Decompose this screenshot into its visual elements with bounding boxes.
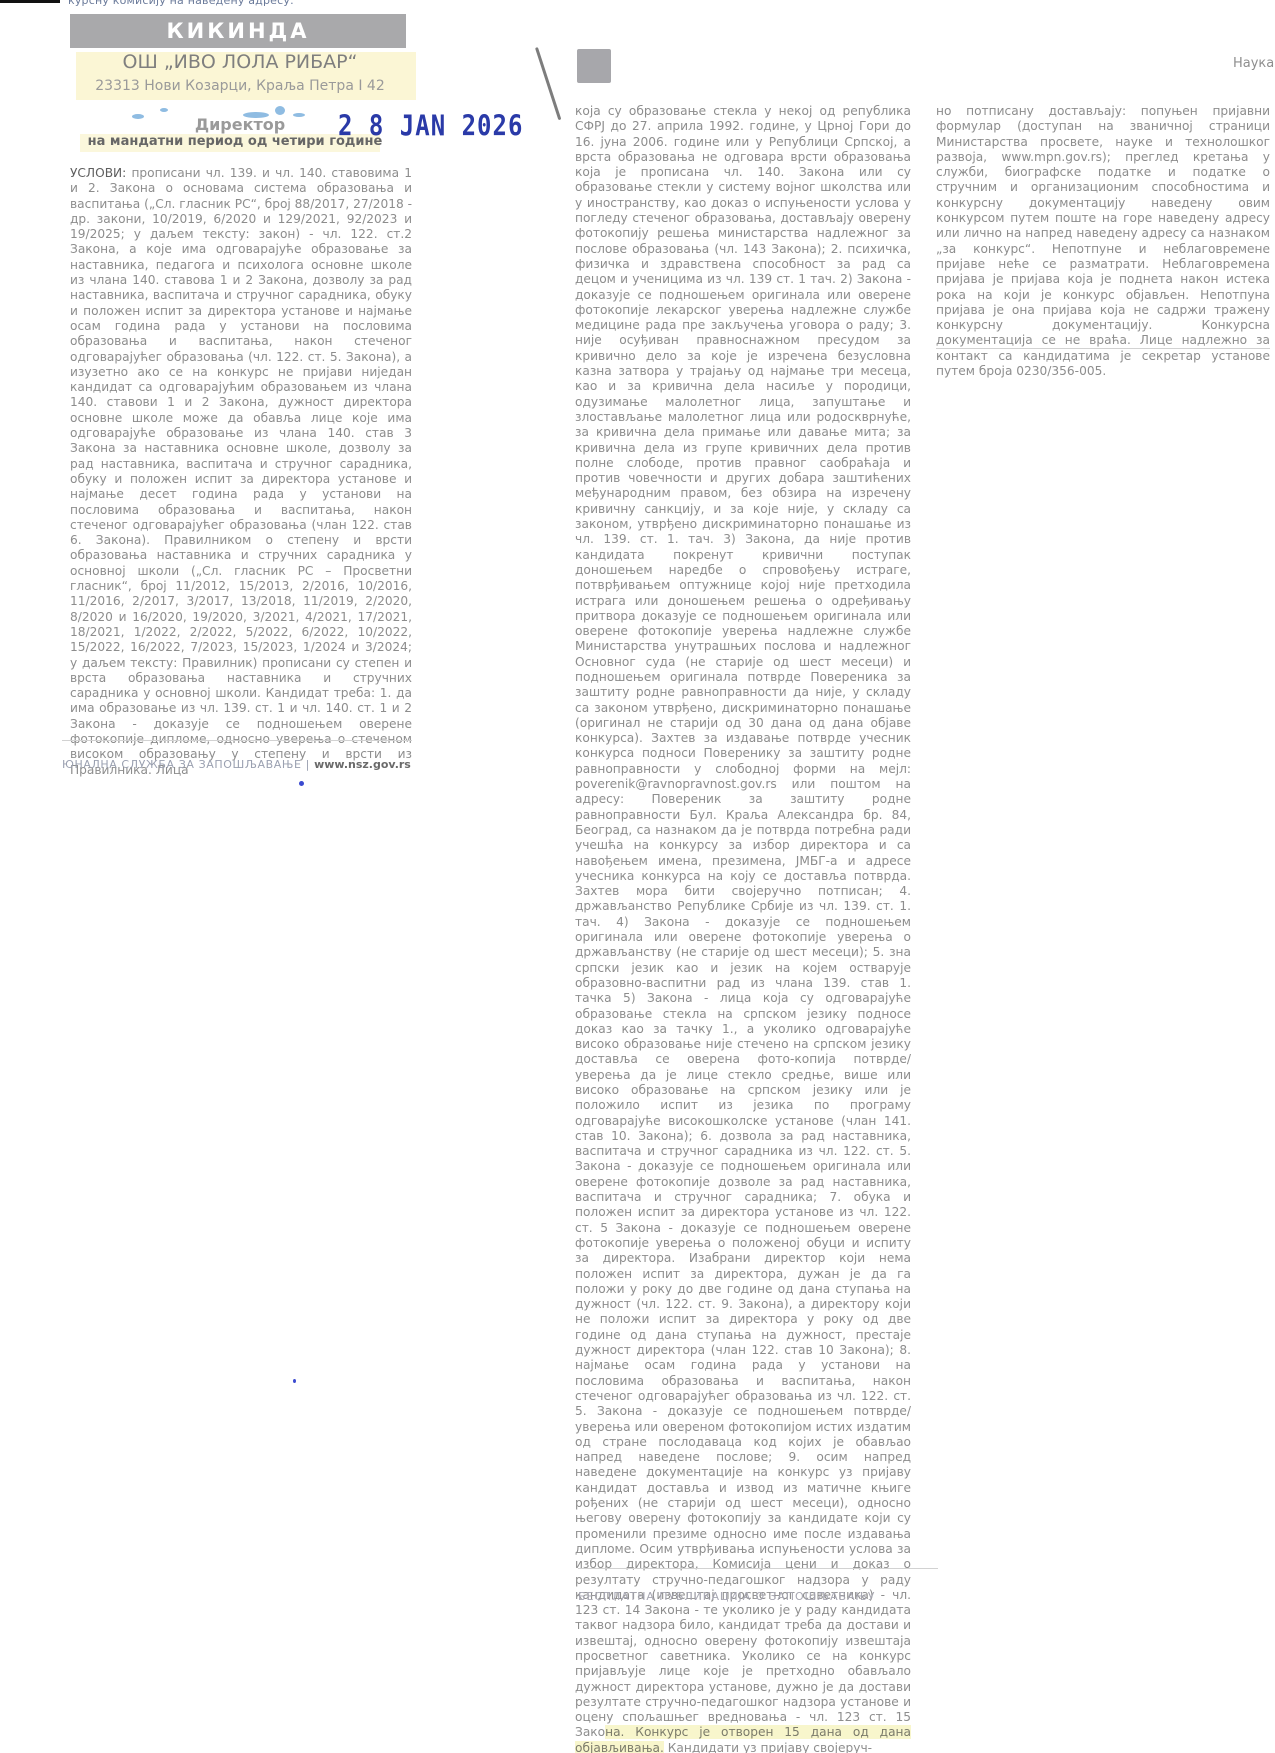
school-name: ОШ „ИВО ЛОЛА РИБАР“ — [70, 51, 410, 73]
right-body: но потписану достављају: попуњен пријавн… — [936, 104, 1270, 379]
city-banner: КИКИНДА — [70, 14, 406, 48]
date-stamp: 2 8 JAN 2026 — [338, 109, 523, 143]
section-tag: Наука — [1233, 56, 1274, 71]
column-divider — [936, 348, 1270, 349]
ink-smudge — [275, 106, 285, 115]
column-divider — [578, 1568, 938, 1569]
column-divider — [62, 740, 412, 741]
section-marker-square — [577, 49, 611, 83]
middle-column-text: која су образовање стекла у некој од реп… — [575, 104, 911, 1753]
ink-smudge — [160, 108, 168, 112]
pen-mark — [535, 47, 561, 120]
conditions-body: прописани чл. 139. и чл. 140. ставовима … — [70, 166, 412, 777]
agency-name: ЮНАЛНА СЛУЖБА ЗА ЗАПОШЉАВАЊЕ — [62, 758, 302, 771]
top-fragment-text: курсну комисију на наведену адресу. — [68, 0, 294, 7]
middle-body: која су образовање стекла у некој од реп… — [575, 104, 911, 1739]
middle-tail: Кандидати уз пријаву својеруч- — [664, 1741, 872, 1753]
footer-separator: | — [306, 758, 310, 771]
left-column-text: УСЛОВИ: прописани чл. 139. и чл. 140. ст… — [70, 166, 412, 778]
conditions-lead: УСЛОВИ: — [70, 166, 126, 180]
right-column-text: но потписану достављају: попуњен пријавн… — [936, 104, 1270, 379]
ink-dot — [299, 781, 304, 786]
middle-footer: БЕСПЛАТНА ПУБЛИКАЦИЈА О ЗАПОШЉАВАЊУ — [578, 1590, 875, 1603]
scan-edge-mark — [0, 0, 60, 3]
ink-dot — [293, 1379, 296, 1383]
agency-url: www.nsz.gov.rs — [314, 758, 411, 771]
school-address: 23313 Нови Козарци, Краља Петра I 42 — [70, 78, 410, 94]
left-footer: ЮНАЛНА СЛУЖБА ЗА ЗАПОШЉАВАЊЕ | www.nsz.g… — [62, 758, 411, 771]
